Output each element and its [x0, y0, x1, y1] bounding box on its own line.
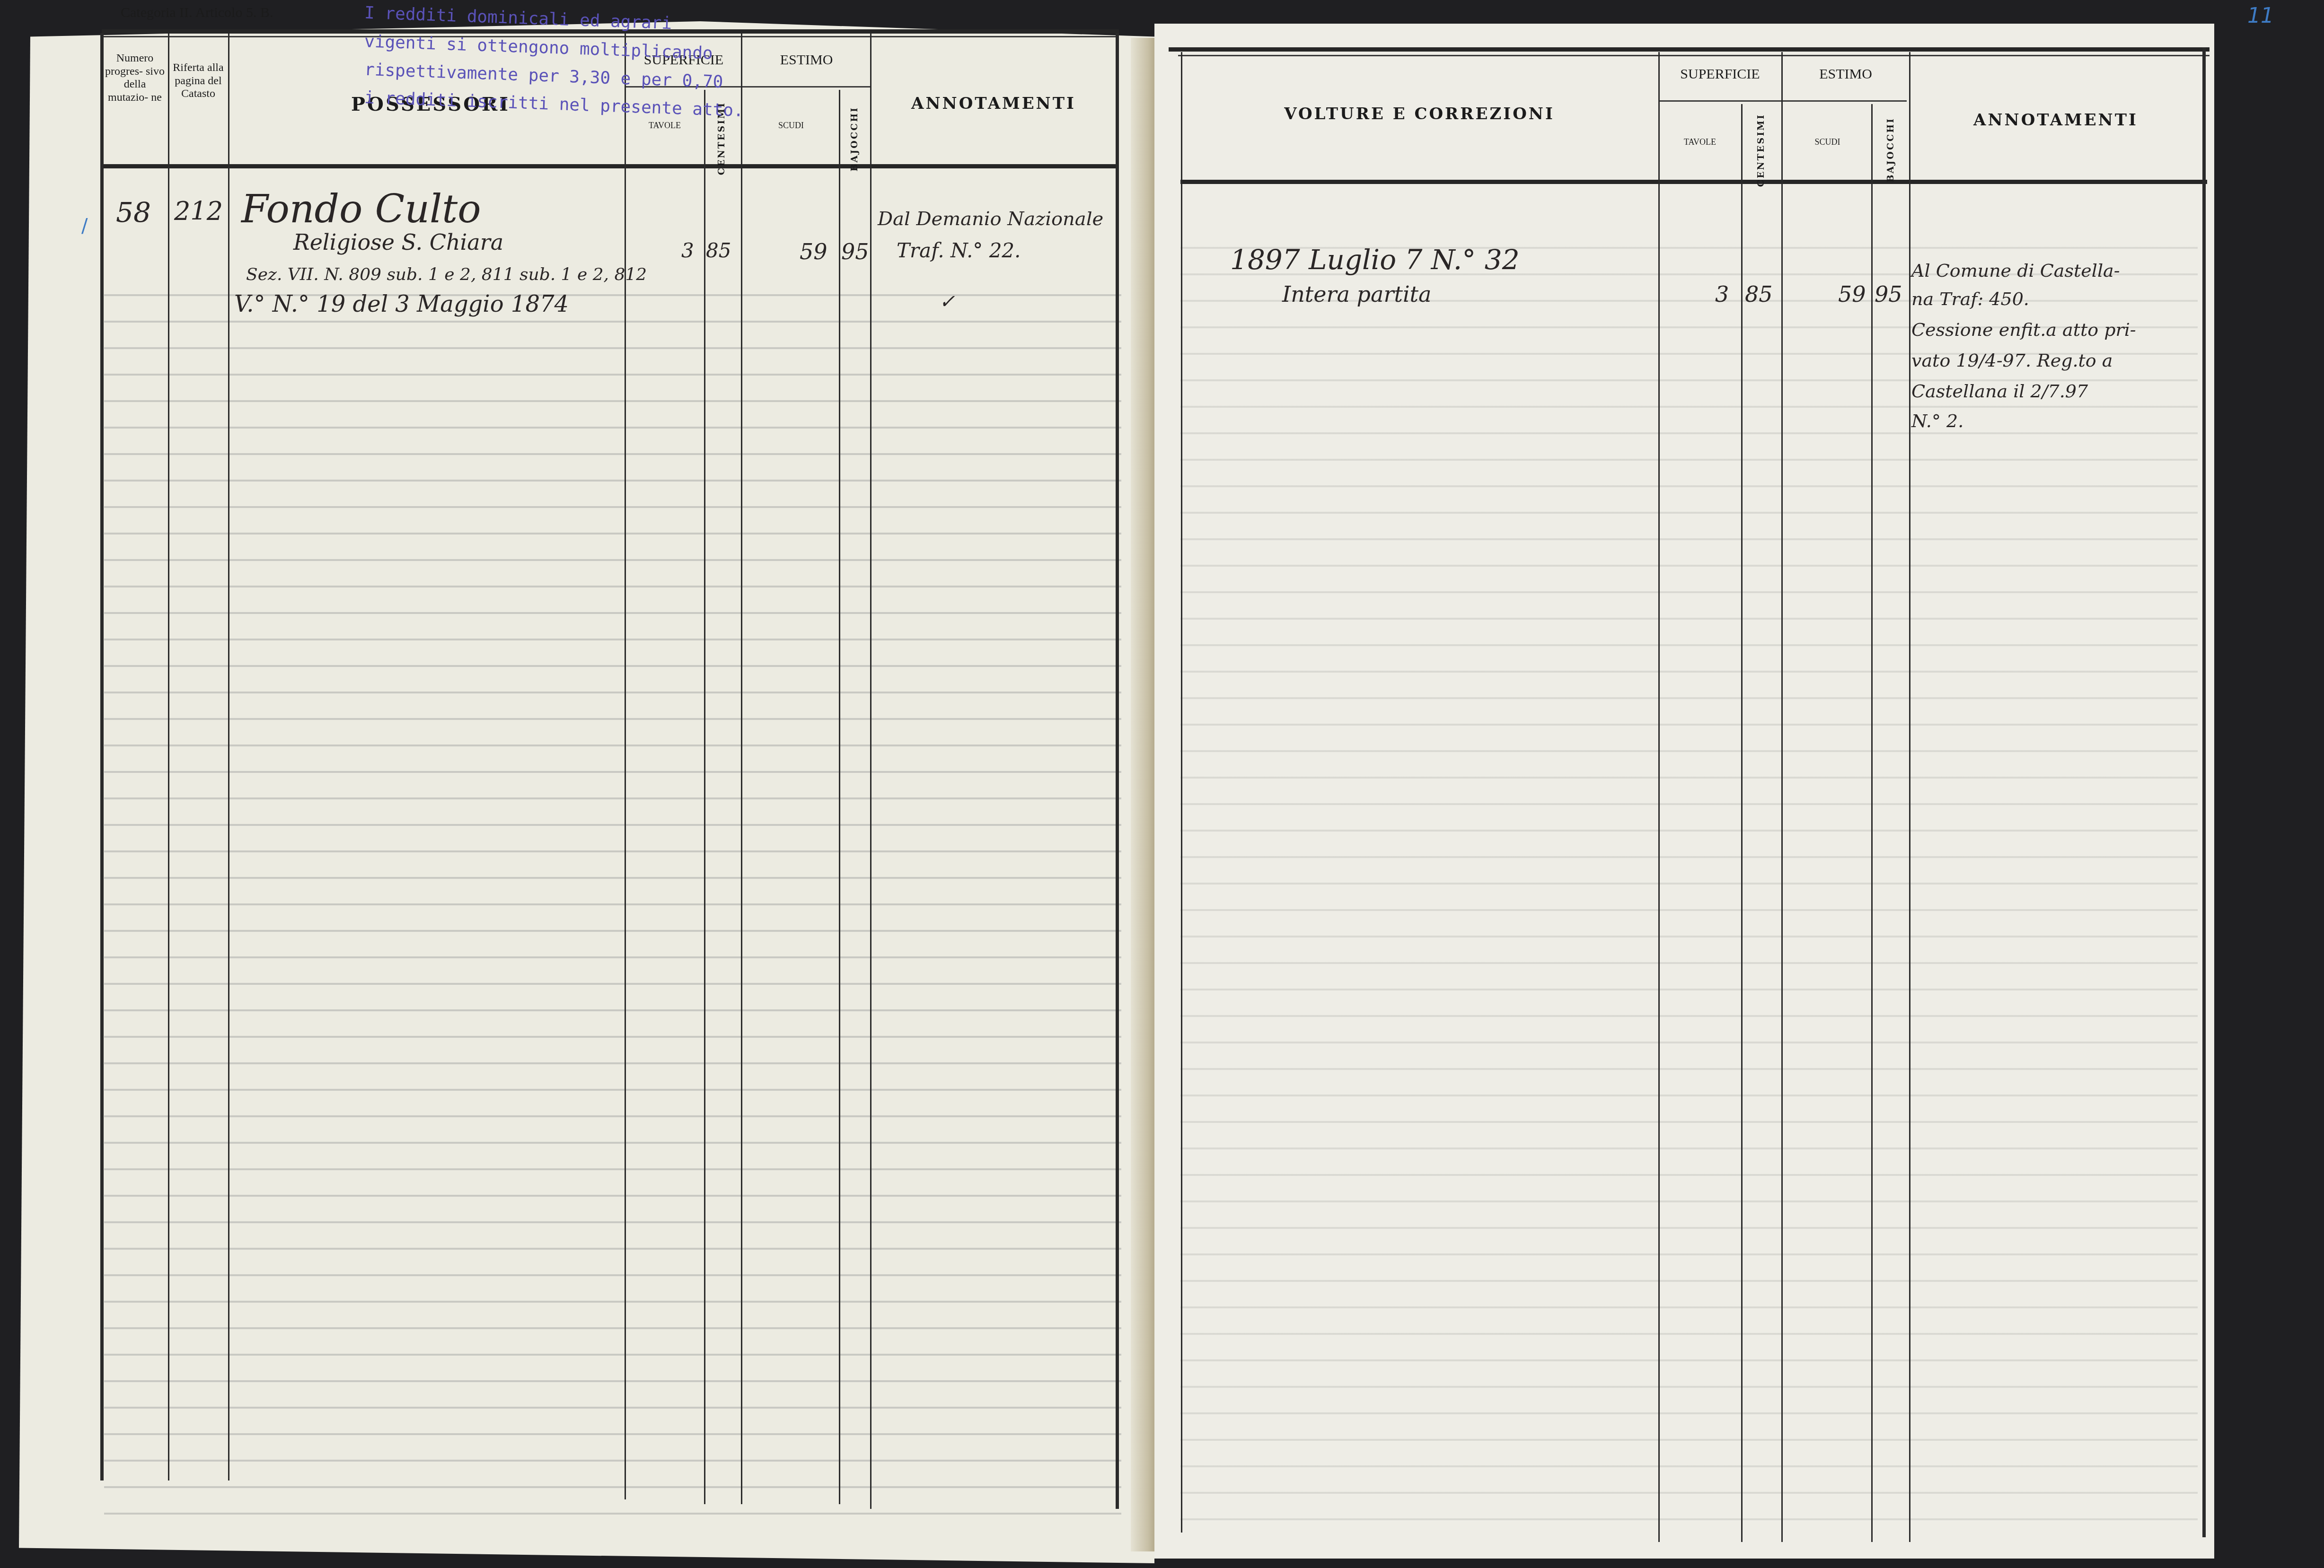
volture-entry-line-1: 1897 Luglio 7 N.° 32: [1230, 244, 1520, 276]
right-header-bajocchi: BAJOCCHI: [1886, 117, 1896, 182]
entry-scudi: 59: [800, 239, 827, 264]
entry-bajocchi: 95: [841, 239, 869, 264]
left-right-border: [1116, 33, 1119, 1509]
header-bajocchi: BAJOCCHI: [850, 106, 860, 171]
volture-entry-line-2: Intera partita: [1282, 281, 1432, 307]
header-numero: Numero progres- sivo della mutazio- ne: [104, 52, 166, 104]
right-entry-scudi: 59: [1838, 281, 1866, 307]
header-estimo: ESTIMO: [744, 52, 869, 69]
entry-riferta: 212: [174, 196, 223, 226]
entry-numero: 58: [116, 196, 151, 228]
header-riferta: Riferta alla pagina del Catasto: [170, 61, 226, 101]
right-annotamenti-line-2: na Traf: 450.: [1911, 289, 2029, 309]
col-line: [741, 33, 742, 1504]
entry-annotamenti-2: Traf. N.° 22.: [897, 239, 1021, 262]
right-col-line: [1741, 104, 1743, 1542]
col-line: [168, 33, 169, 1480]
left-header-bottom-rule: [102, 164, 1119, 168]
right-annotamenti-line-1: Al Comune di Castella-: [1911, 260, 2120, 281]
category-line: Categoria II. Articolo 5. B.: [121, 5, 273, 21]
right-header-top-rule-thin: [1178, 55, 2210, 56]
left-ruled-lines: [104, 270, 1121, 1518]
right-header-bottom-rule: [1180, 180, 2207, 184]
col-line: [704, 90, 705, 1504]
right-col-line: [1909, 52, 1910, 1542]
right-ruled-lines: [1180, 222, 2198, 1537]
right-header-estimo: ESTIMO: [1784, 66, 1908, 83]
right-col-line: [1658, 52, 1660, 1542]
right-header-tavole: TAVOLE: [1660, 137, 1740, 147]
col-line: [625, 33, 626, 1499]
entry-possessore-sub: Religiose S. Chiara: [293, 229, 503, 255]
col-line: [228, 33, 229, 1480]
right-col-line: [1871, 104, 1873, 1542]
right-header-superficie: SUPERFICIE: [1660, 66, 1780, 83]
right-outer-border: [2202, 47, 2206, 1537]
entry-tavole: 3: [681, 239, 694, 262]
right-entry-centesimi: 85: [1745, 281, 1773, 307]
header-volture: VOLTURE E CORREZIONI: [1192, 105, 1646, 123]
corner-page-mark: 11: [2247, 4, 2274, 28]
left-outer-border: [100, 33, 104, 1480]
entry-possessore-name: Fondo Culto: [241, 187, 481, 232]
entry-possessore-parcels: Sez. VII. N. 809 sub. 1 e 2, 811 sub. 1 …: [246, 265, 647, 284]
col-line: [839, 90, 840, 1504]
right-annotamenti-line-5: Castellana il 2/7.97: [1911, 381, 2088, 402]
left-header-top-rule-thin: [102, 36, 1119, 37]
margin-tick-mark: /: [81, 215, 88, 237]
header-scudi: SCUDI: [744, 121, 838, 131]
right-header-centesimi: CENTESIMI: [1756, 114, 1767, 187]
right-annotamenti-line-4: vato 19/4-97. Reg.to a: [1911, 350, 2113, 371]
col-line: [870, 33, 871, 1509]
entry-centesimi: 85: [706, 239, 731, 262]
header-annotamenti: ANNOTAMENTI: [873, 95, 1114, 113]
right-col-line: [1181, 52, 1182, 1533]
right-header-annotamenti: ANNOTAMENTI: [1911, 111, 2200, 130]
right-annotamenti-line-3: Cessione enfit.a atto pri-: [1911, 319, 2136, 340]
right-header-top-rule: [1169, 47, 2210, 52]
check-mark: ✓: [939, 291, 955, 313]
entry-possessore-ref: V.° N.° 19 del 3 Maggio 1874: [234, 291, 569, 317]
entry-annotamenti-1: Dal Demanio Nazionale: [878, 208, 1103, 230]
right-header-scudi: SCUDI: [1784, 137, 1871, 147]
header-tavole: TAVOLE: [627, 121, 703, 131]
right-entry-tavole: 3: [1715, 281, 1729, 307]
right-col-line: [1781, 52, 1783, 1542]
right-annotamenti-line-6: N.° 2.: [1911, 411, 1963, 431]
right-entry-bajocchi: 95: [1875, 281, 1902, 307]
